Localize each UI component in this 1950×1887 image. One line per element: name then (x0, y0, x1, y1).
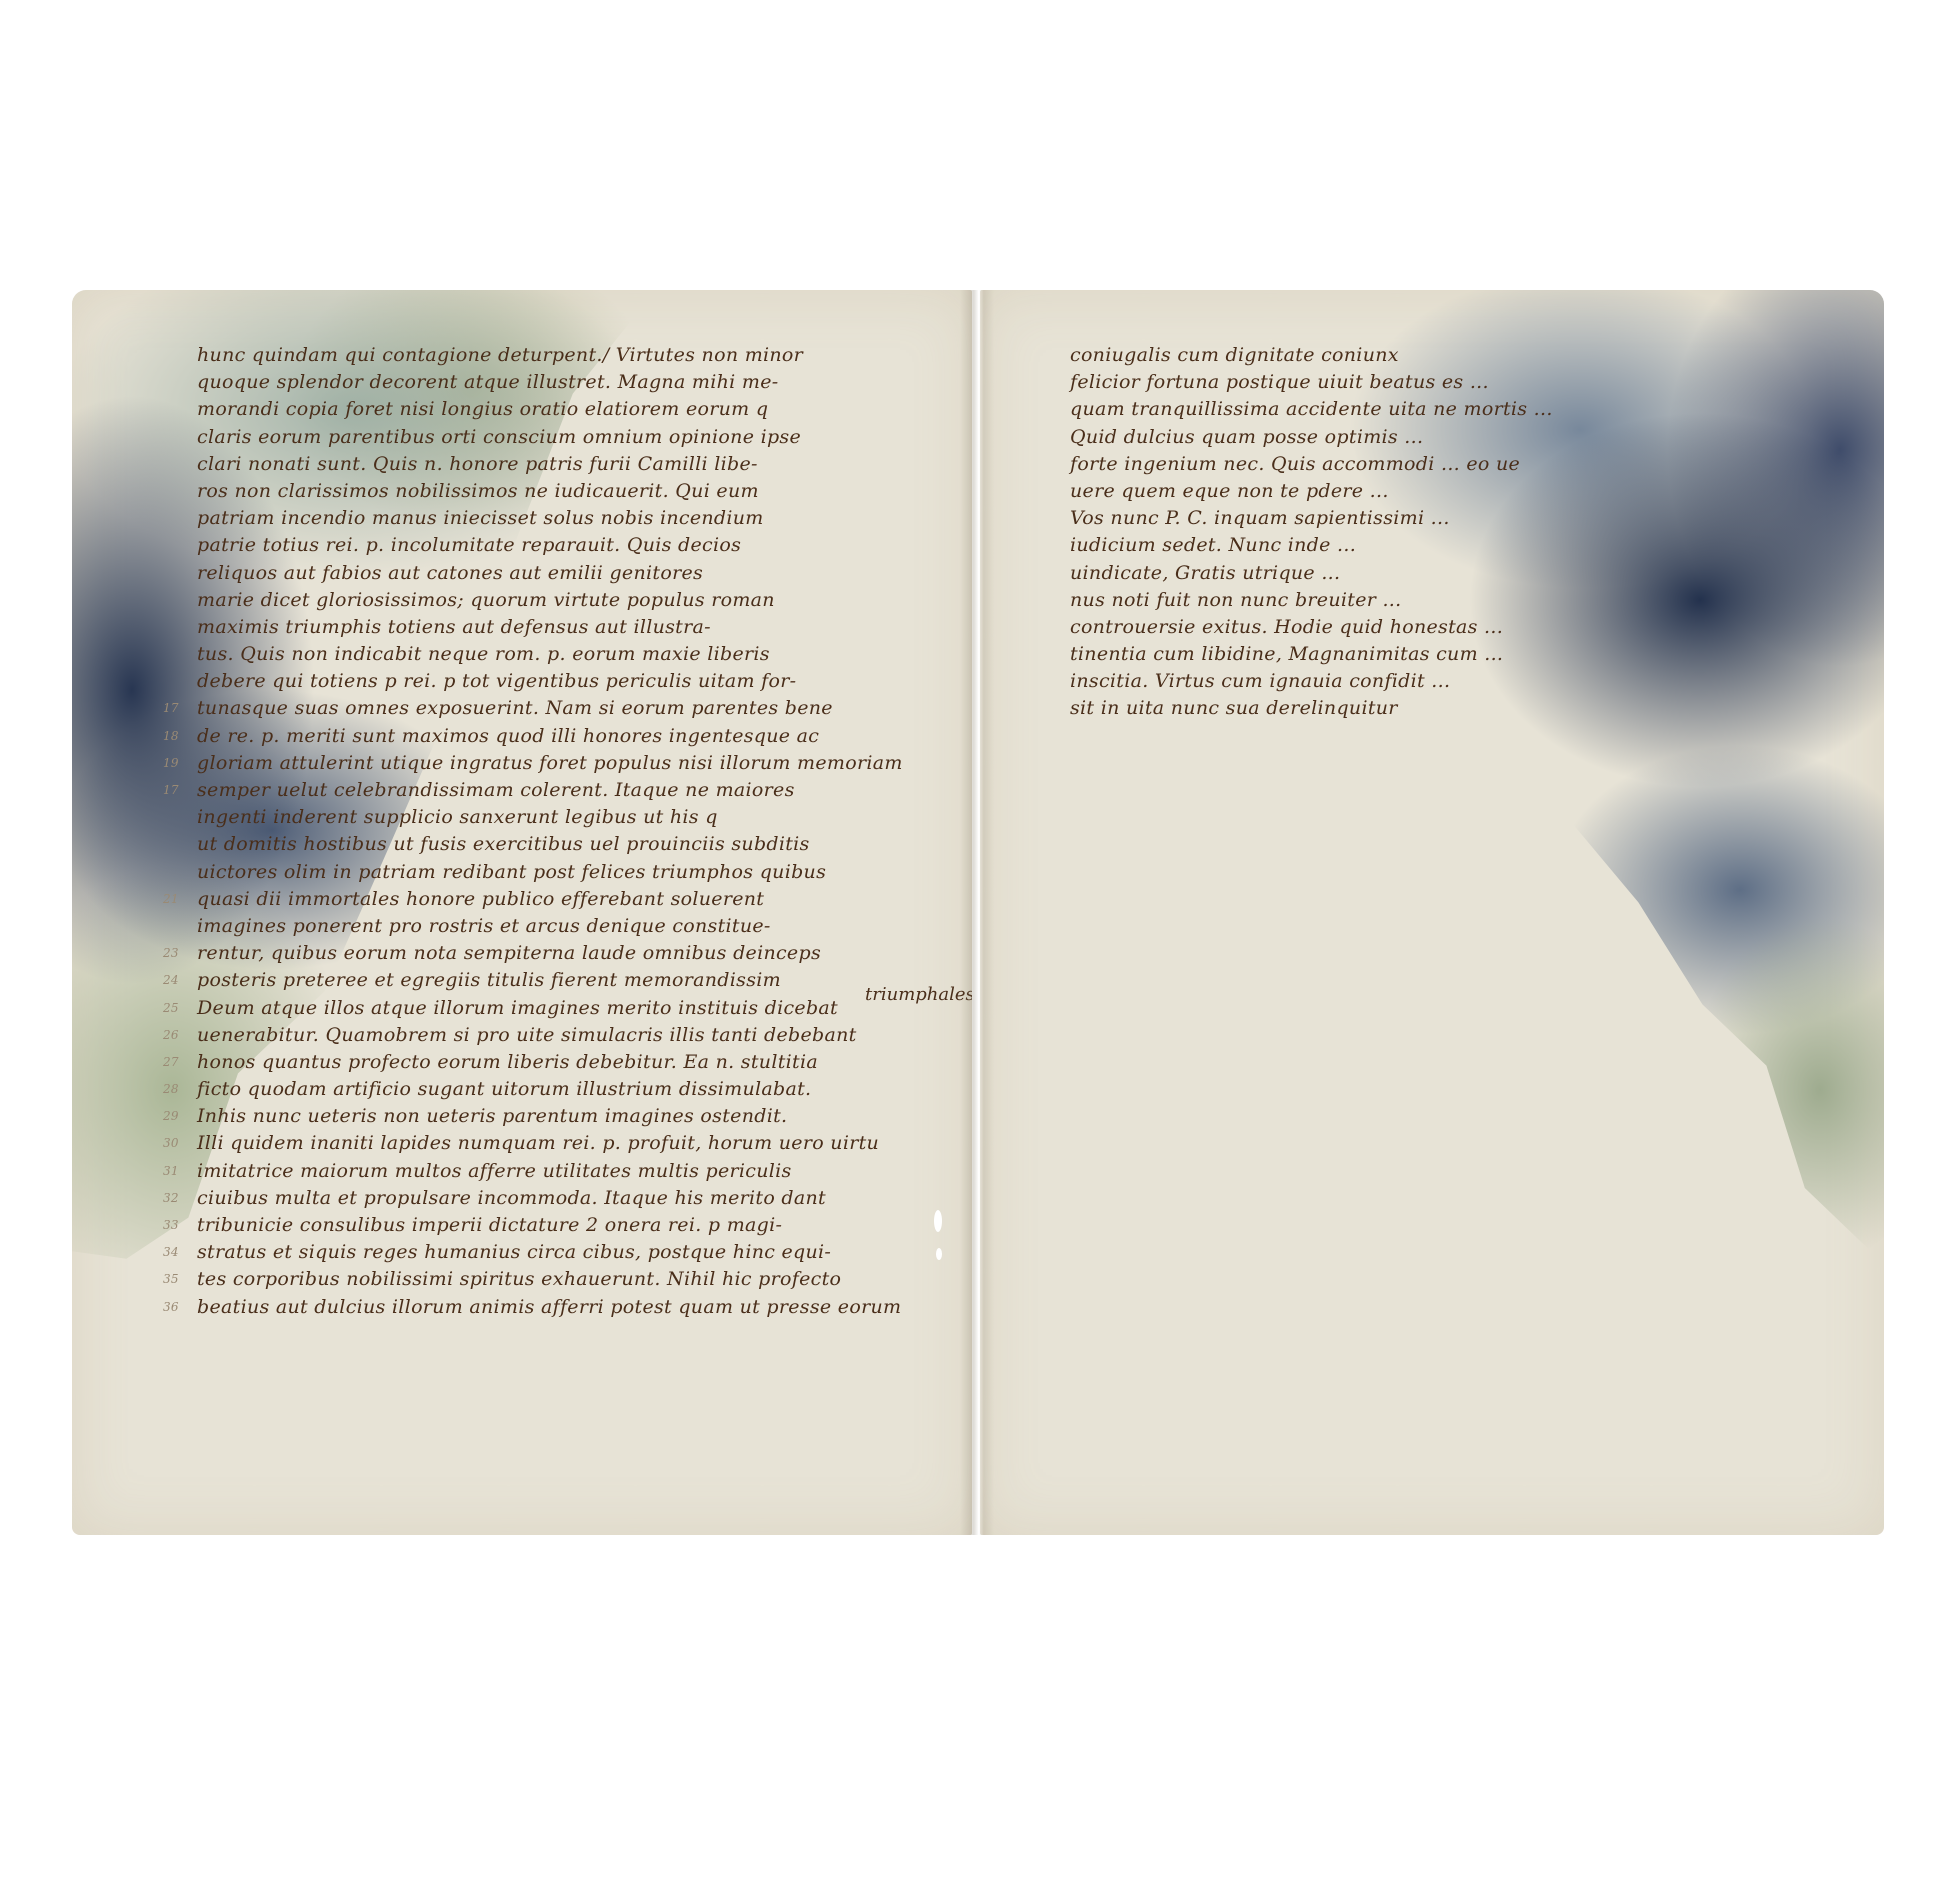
line-text: Inhis nunc ueteris non ueteris parentum … (197, 1105, 787, 1127)
manuscript-line: nus noti fuit non nunc breuiter ... (1070, 587, 1630, 614)
manuscript-line: ut domitis hostibus ut fusis exercitibus… (197, 831, 847, 858)
manuscript-line: 17semper uelut celebrandissimam colerent… (197, 777, 847, 804)
right-page: coniugalis cum dignitate coniunxfelicior… (980, 290, 1884, 1535)
line-text: coniugalis cum dignitate coniunx (1070, 344, 1399, 366)
line-number: 35 (163, 1266, 179, 1293)
line-text: inscitia. Virtus cum ignauia confidit ..… (1070, 670, 1450, 692)
line-text: quam tranquillissima accidente uita ne m… (1070, 398, 1553, 420)
left-page: hunc quindam qui contagione deturpent./ … (72, 290, 972, 1535)
manuscript-line: 17tunasque suas omnes exposuerint. Nam s… (197, 695, 847, 722)
manuscript-line: tus. Quis non indicabit neque rom. p. eo… (197, 641, 847, 668)
manuscript-line: 33tribunicie consulibus imperii dictatur… (197, 1212, 847, 1239)
line-number: 28 (163, 1076, 179, 1103)
line-text: felicior fortuna postique uiuit beatus e… (1070, 371, 1489, 393)
line-text: stratus et siquis reges humanius circa c… (197, 1241, 831, 1263)
line-number: 26 (163, 1022, 179, 1049)
right-page-text: coniugalis cum dignitate coniunxfelicior… (1070, 342, 1630, 723)
manuscript-line: 34stratus et siquis reges humanius circa… (197, 1239, 847, 1266)
line-text: hunc quindam qui contagione deturpent./ … (197, 344, 803, 366)
line-text: controuersie exitus. Hodie quid honestas… (1070, 616, 1503, 638)
manuscript-line: 24posteris preteree et egregiis titulis … (197, 967, 847, 994)
line-number: 23 (163, 940, 179, 967)
manuscript-line: patrie totius rei. p. incolumitate repar… (197, 532, 847, 559)
line-text: de re. p. meriti sunt maximos quod illi … (197, 725, 819, 747)
manuscript-line: debere qui totiens p rei. p tot vigentib… (197, 668, 847, 695)
manuscript-line: Quid dulcius quam posse optimis ... (1070, 424, 1630, 451)
line-text: sit in uita nunc sua derelinquitur (1070, 697, 1398, 719)
manuscript-line: reliquos aut fabios aut catones aut emil… (197, 560, 847, 587)
line-number: 19 (163, 750, 179, 777)
manuscript-line: 27honos quantus profecto eorum liberis d… (197, 1049, 847, 1076)
line-number: 29 (163, 1103, 179, 1130)
line-text: gloriam attulerint utique ingratus foret… (197, 752, 903, 774)
line-text: claris eorum parentibus orti conscium om… (197, 426, 801, 448)
line-text: Quid dulcius quam posse optimis ... (1070, 426, 1423, 448)
manuscript-line: 26uenerabitur. Quamobrem si pro uite sim… (197, 1022, 847, 1049)
line-number: 31 (163, 1158, 179, 1185)
manuscript-line: ros non clarissimos nobilissimos ne iudi… (197, 478, 847, 505)
manuscript-line: ingenti inderent supplicio sanxerunt leg… (197, 804, 847, 831)
line-text: ingenti inderent supplicio sanxerunt leg… (197, 806, 718, 828)
manuscript-line: uere quem eque non te pdere ... (1070, 478, 1630, 505)
manuscript-line: maximis triumphis totiens aut defensus a… (197, 614, 847, 641)
line-text: tunasque suas omnes exposuerint. Nam si … (197, 697, 833, 719)
manuscript-line: 32ciuibus multa et propulsare incommoda.… (197, 1185, 847, 1212)
manuscript-line: 28ficto quodam artificio sugant uitorum … (197, 1076, 847, 1103)
line-text: uindicate, Gratis utrique ... (1070, 562, 1340, 584)
open-manuscript: hunc quindam qui contagione deturpent./ … (72, 290, 1884, 1535)
manuscript-line: Vos nunc P. C. inquam sapientissimi ... (1070, 505, 1630, 532)
manuscript-line: controuersie exitus. Hodie quid honestas… (1070, 614, 1630, 641)
manuscript-line: uindicate, Gratis utrique ... (1070, 560, 1630, 587)
line-text: imagines ponerent pro rostris et arcus d… (197, 915, 771, 937)
line-text: patrie totius rei. p. incolumitate repar… (197, 534, 741, 556)
line-text: semper uelut celebrandissimam colerent. … (197, 779, 795, 801)
line-text: clari nonati sunt. Quis n. honore patris… (197, 453, 758, 475)
line-text: morandi copia foret nisi longius oratio … (197, 398, 768, 420)
line-text: beatius aut dulcius illorum animis affer… (197, 1296, 901, 1318)
manuscript-line: coniugalis cum dignitate coniunx (1070, 342, 1630, 369)
manuscript-line: uictores olim in patriam redibant post f… (197, 859, 847, 886)
manuscript-line: imagines ponerent pro rostris et arcus d… (197, 913, 847, 940)
line-number: 17 (163, 695, 179, 722)
line-number: 30 (163, 1130, 179, 1157)
manuscript-line: marie dicet gloriosissimos; quorum virtu… (197, 587, 847, 614)
manuscript-line: 18de re. p. meriti sunt maximos quod ill… (197, 723, 847, 750)
manuscript-line: 36beatius aut dulcius illorum animis aff… (197, 1294, 847, 1321)
line-text: tinentia cum libidine, Magnanimitas cum … (1070, 643, 1503, 665)
line-text: tus. Quis non indicabit neque rom. p. eo… (197, 643, 770, 665)
line-text: quoque splendor decorent atque illustret… (197, 371, 778, 393)
manuscript-line: quam tranquillissima accidente uita ne m… (1070, 396, 1630, 423)
manuscript-line: forte ingenium nec. Quis accommodi ... e… (1070, 451, 1630, 478)
line-number: 34 (163, 1239, 179, 1266)
line-text: ciuibus multa et propulsare incommoda. I… (197, 1187, 826, 1209)
line-text: marie dicet gloriosissimos; quorum virtu… (197, 589, 775, 611)
line-number: 33 (163, 1212, 179, 1239)
manuscript-line: 21quasi dii immortales honore publico ef… (197, 886, 847, 913)
line-text: nus noti fuit non nunc breuiter ... (1070, 589, 1401, 611)
worm-hole (934, 1210, 942, 1232)
manuscript-line: iudicium sedet. Nunc inde ... (1070, 532, 1630, 559)
manuscript-line: tinentia cum libidine, Magnanimitas cum … (1070, 641, 1630, 668)
manuscript-line: clari nonati sunt. Quis n. honore patris… (197, 451, 847, 478)
line-number: 24 (163, 967, 179, 994)
manuscript-line: sit in uita nunc sua derelinquitur (1070, 695, 1630, 722)
line-text: uictores olim in patriam redibant post f… (197, 861, 826, 883)
worm-holes (930, 1210, 942, 1270)
line-text: patriam incendio manus iniecisset solus … (197, 507, 764, 529)
manuscript-line: morandi copia foret nisi longius oratio … (197, 396, 847, 423)
line-text: Deum atque illos atque illorum imagines … (197, 997, 838, 1019)
line-text: tes corporibus nobilissimi spiritus exha… (197, 1268, 841, 1290)
line-number: 36 (163, 1294, 179, 1321)
line-text: debere qui totiens p rei. p tot vigentib… (197, 670, 796, 692)
line-text: honos quantus profecto eorum liberis deb… (197, 1051, 818, 1073)
manuscript-line: 23rentur, quibus eorum nota sempiterna l… (197, 940, 847, 967)
line-text: quasi dii immortales honore publico effe… (197, 888, 764, 910)
worm-hole (936, 1248, 942, 1260)
manuscript-line: quoque splendor decorent atque illustret… (197, 369, 847, 396)
manuscript-line: hunc quindam qui contagione deturpent./ … (197, 342, 847, 369)
line-number: 32 (163, 1185, 179, 1212)
line-text: imitatrice maiorum multos afferre utilit… (197, 1160, 792, 1182)
line-number: 21 (163, 886, 179, 913)
manuscript-line: claris eorum parentibus orti conscium om… (197, 424, 847, 451)
line-text: Vos nunc P. C. inquam sapientissimi ... (1070, 507, 1450, 529)
manuscript-line: 31imitatrice maiorum multos afferre util… (197, 1158, 847, 1185)
manuscript-line: 35tes corporibus nobilissimi spiritus ex… (197, 1266, 847, 1293)
line-text: iudicium sedet. Nunc inde ... (1070, 534, 1356, 556)
line-number: 25 (163, 995, 179, 1022)
manuscript-line: 25Deum atque illos atque illorum imagine… (197, 995, 847, 1022)
line-text: rentur, quibus eorum nota sempiterna lau… (197, 942, 821, 964)
line-text: ros non clarissimos nobilissimos ne iudi… (197, 480, 759, 502)
line-text: uere quem eque non te pdere ... (1070, 480, 1389, 502)
left-page-text: hunc quindam qui contagione deturpent./ … (197, 342, 847, 1321)
line-text: maximis triumphis totiens aut defensus a… (197, 616, 711, 638)
line-text: ficto quodam artificio sugant uitorum il… (197, 1078, 811, 1100)
margin-note: triumphales (865, 984, 972, 1005)
manuscript-line: 30Illi quidem inaniti lapides numquam re… (197, 1130, 847, 1157)
line-text: ut domitis hostibus ut fusis exercitibus… (197, 833, 810, 855)
line-text: tribunicie consulibus imperii dictature … (197, 1214, 782, 1236)
manuscript-line: 29Inhis nunc ueteris non ueteris parentu… (197, 1103, 847, 1130)
line-text: uenerabitur. Quamobrem si pro uite simul… (197, 1024, 857, 1046)
manuscript-line: inscitia. Virtus cum ignauia confidit ..… (1070, 668, 1630, 695)
manuscript-line: 19gloriam attulerint utique ingratus for… (197, 750, 847, 777)
manuscript-line: patriam incendio manus iniecisset solus … (197, 505, 847, 532)
line-text: forte ingenium nec. Quis accommodi ... e… (1070, 453, 1520, 475)
line-number: 27 (163, 1049, 179, 1076)
line-text: reliquos aut fabios aut catones aut emil… (197, 562, 703, 584)
manuscript-line: felicior fortuna postique uiuit beatus e… (1070, 369, 1630, 396)
binding-gutter (960, 290, 994, 1535)
line-text: Illi quidem inaniti lapides numquam rei.… (197, 1132, 879, 1154)
line-number: 18 (163, 723, 179, 750)
line-text: posteris preteree et egregiis titulis fi… (197, 969, 781, 991)
line-number: 17 (163, 777, 179, 804)
